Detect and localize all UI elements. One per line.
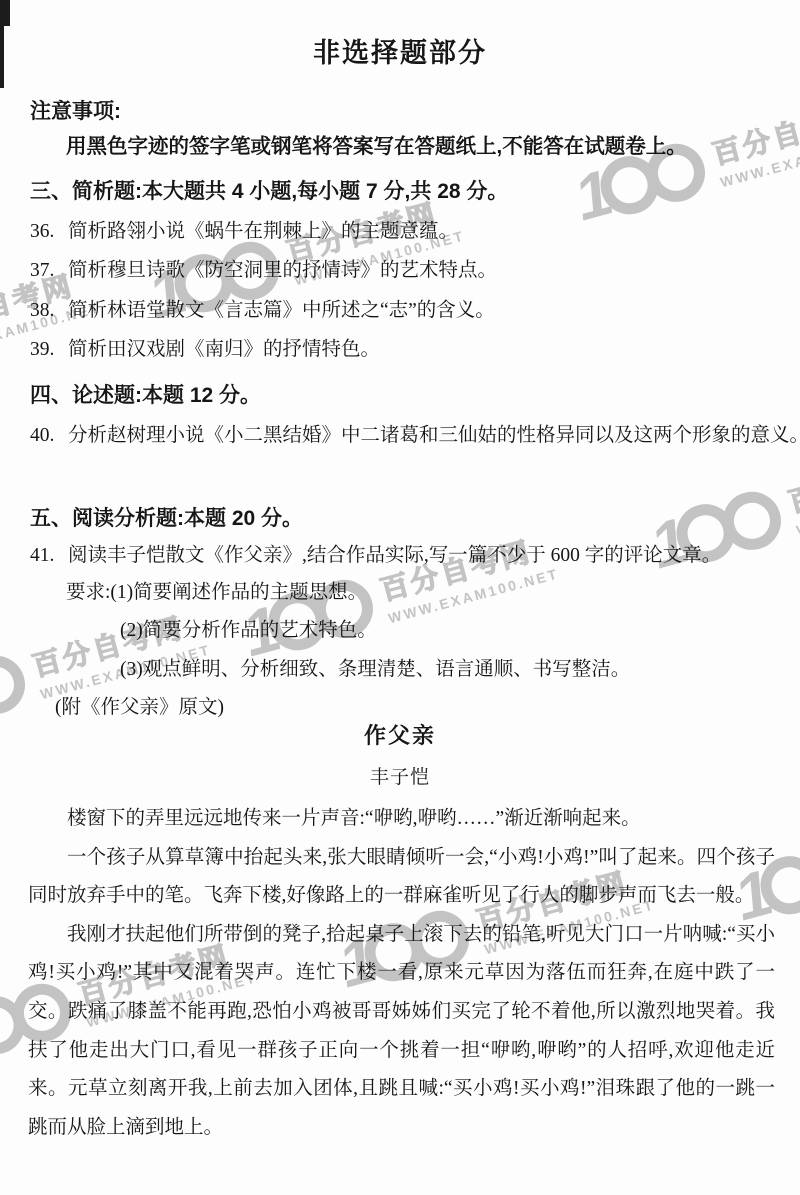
question-41-number: 41. (30, 543, 68, 568)
question-38-text: 简析林语堂散文《言志篇》中所述之“志”的含义。 (68, 300, 495, 321)
question-38: 38.简析林语堂散文《言志篇》中所述之“志”的含义。 (30, 298, 495, 323)
question-37-text: 简析穆旦诗歌《防空洞里的抒情诗》的艺术特点。 (68, 260, 497, 281)
section5-heading: 五、阅读分析题:本题 20 分。 (30, 505, 303, 532)
question-36-text: 简析路翎小说《蜗牛在荆棘上》的主题意蕴。 (68, 221, 458, 242)
section4-heading: 四、论述题:本题 12 分。 (30, 382, 261, 409)
requirement-3: (3)观点鲜明、分析细致、条理清楚、语言通顺、书写整洁。 (120, 657, 630, 682)
question-40: 40.分析赵树理小说《小二黑结婚》中二诸葛和三仙姑的性格异同以及这两个形象的意义… (30, 416, 800, 455)
question-41: 41.阅读丰子恺散文《作父亲》,结合作品实际,写一篇不少于 600 字的评论文章… (30, 543, 721, 568)
question-39-number: 39. (30, 337, 68, 362)
requirements-label: 要求: (66, 582, 110, 603)
question-36-number: 36. (30, 219, 68, 244)
exam-paper-page: 1 百分自考网WWW.EXAM100.NET 1 百分自考网WWW.EXAM10… (0, 0, 800, 1195)
page-title: 非选择题部分 (0, 36, 800, 71)
notice-label: 注意事项: (30, 98, 121, 125)
question-40-text: 分析赵树理小说《小二黑结婚》中二诸葛和三仙姑的性格异同以及这两个形象的意义。 (68, 425, 800, 446)
notice-text: 用黑色字迹的签字笔或钢笔将答案写在答题纸上,不能答在试题卷上。 (66, 134, 687, 161)
question-39: 39.简析田汉戏剧《南归》的抒情特色。 (30, 337, 380, 362)
question-38-number: 38. (30, 298, 68, 323)
question-36: 36.简析路翎小说《蜗牛在荆棘上》的主题意蕴。 (30, 219, 458, 244)
essay-author: 丰子恺 (0, 766, 800, 791)
attachment-note: (附《作父亲》原文) (55, 695, 224, 720)
question-37: 37.简析穆旦诗歌《防空洞里的抒情诗》的艺术特点。 (30, 258, 497, 283)
requirement-1-text: (1)简要阐述作品的主题思想。 (110, 582, 367, 603)
question-40-number: 40. (30, 416, 68, 455)
requirement-1: 要求:(1)简要阐述作品的主题思想。 (66, 580, 367, 605)
exam-content: 非选择题部分 注意事项: 用黑色字迹的签字笔或钢笔将答案写在答题纸上,不能答在试… (0, 0, 800, 1195)
essay-paragraph-1: 楼窗下的弄里远远地传来一片声音:“咿哟,咿哟……”渐近渐响起来。 (28, 800, 775, 839)
essay-paragraph-3: 我刚才扶起他们所带倒的凳子,拾起桌子上滚下去的铅笔,听见大门口一片呐喊:“买小鸡… (28, 916, 775, 1148)
essay-paragraph-2: 一个孩子从算草簿中抬起头来,张大眼睛倾听一会,“小鸡!小鸡!”叫了起来。四个孩子… (28, 839, 775, 916)
requirement-2: (2)简要分析作品的艺术特色。 (120, 618, 377, 643)
section3-heading: 三、简析题:本大题共 4 小题,每小题 7 分,共 28 分。 (30, 178, 508, 205)
essay-body: 楼窗下的弄里远远地传来一片声音:“咿哟,咿哟……”渐近渐响起来。 一个孩子从算草… (28, 800, 775, 1147)
question-37-number: 37. (30, 258, 68, 283)
question-39-text: 简析田汉戏剧《南归》的抒情特色。 (68, 339, 380, 360)
question-41-text: 阅读丰子恺散文《作父亲》,结合作品实际,写一篇不少于 600 字的评论文章。 (68, 545, 721, 566)
essay-title: 作父亲 (0, 722, 800, 751)
